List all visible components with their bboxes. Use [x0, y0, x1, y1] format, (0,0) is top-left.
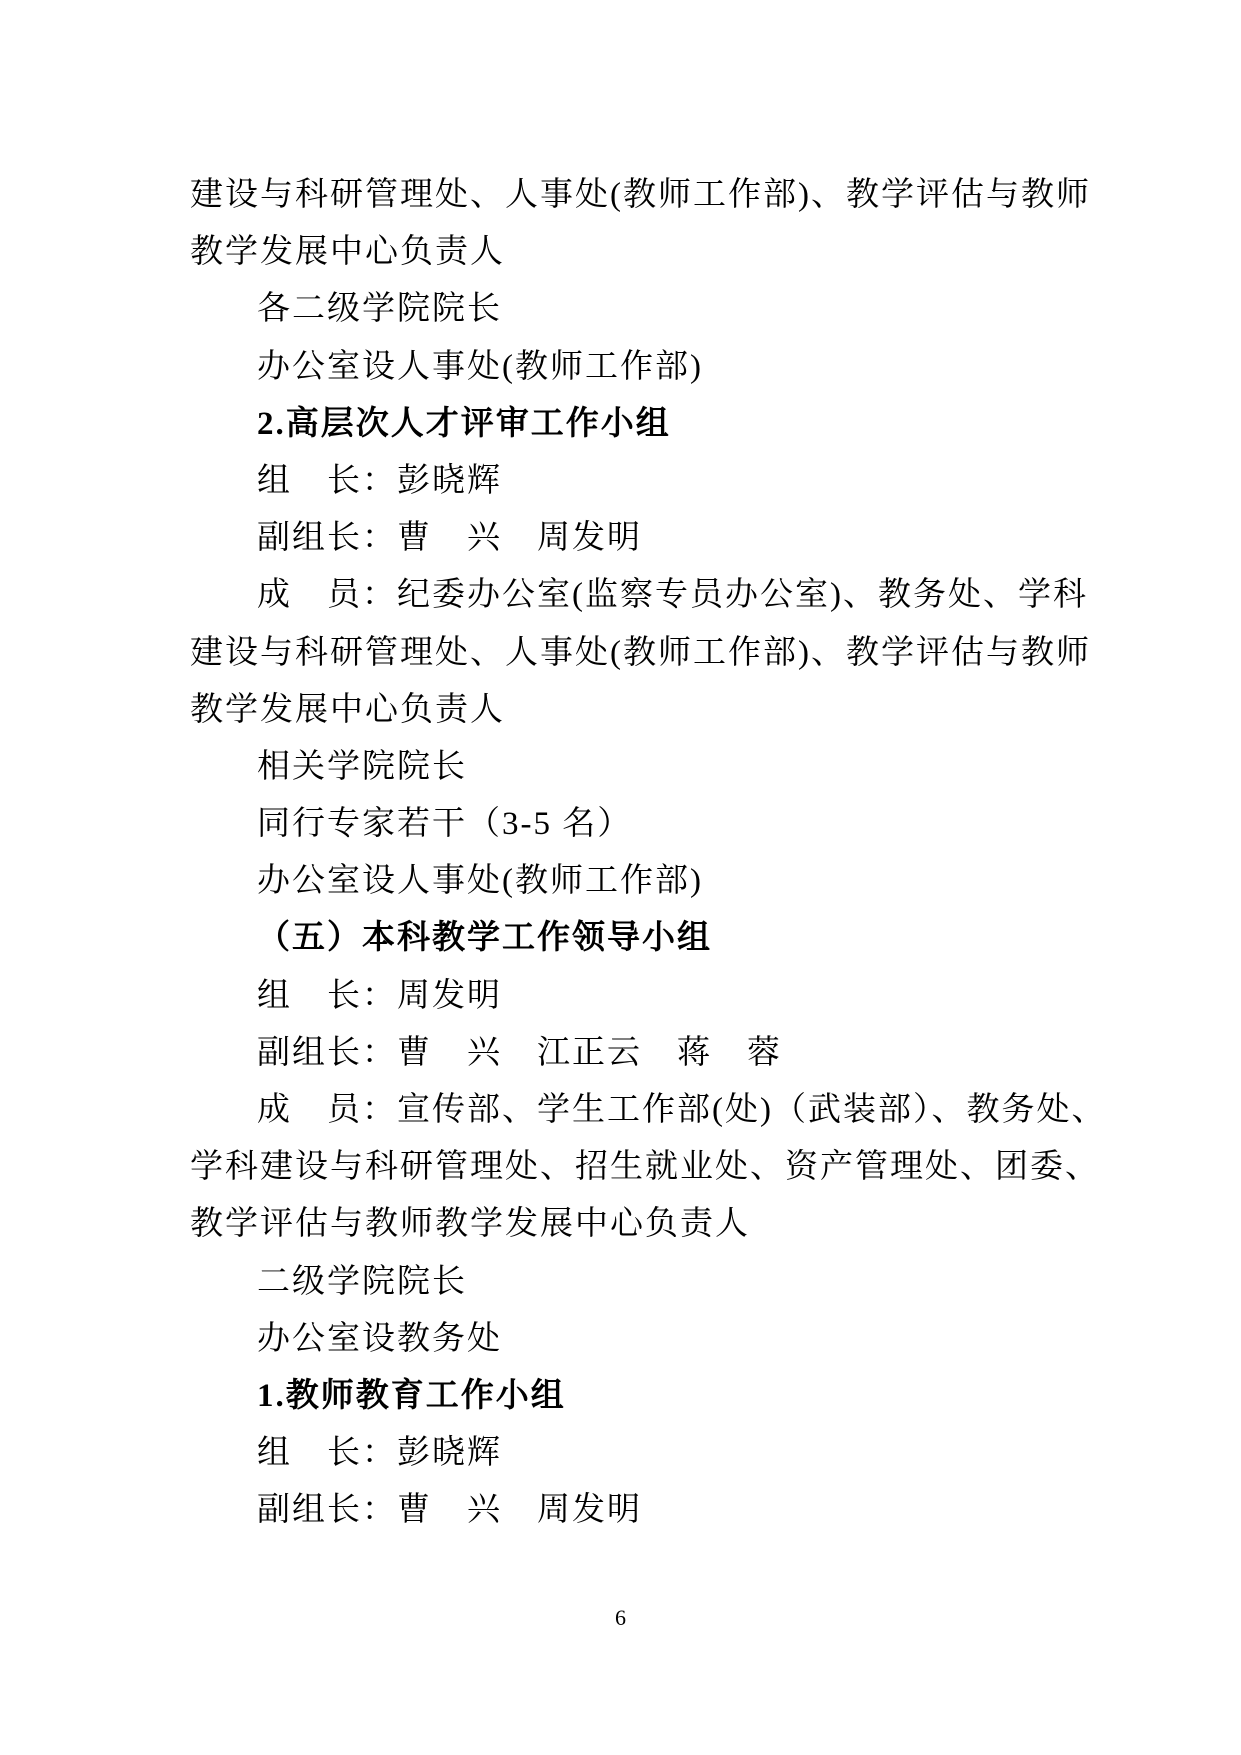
text-line: 成 员：纪委办公室(监察专员办公室)、教务处、学科 — [190, 567, 1055, 624]
text-line: 组 长：彭晓辉 — [190, 453, 1055, 510]
text-line: （五）本科教学工作领导小组 — [190, 910, 1055, 967]
text-line: 建设与科研管理处、人事处(教师工作部)、教学评估与教师 — [190, 625, 1055, 682]
text-line-content: 相关学院院长 — [257, 749, 467, 785]
text-line-content: 教学评估与教师教学发展中心负责人 — [190, 1206, 750, 1242]
text-line: 办公室设人事处(教师工作部) — [190, 853, 1055, 910]
text-line: 1.教师教育工作小组 — [190, 1368, 1055, 1425]
text-line: 教学发展中心负责人 — [190, 224, 1055, 281]
text-line-content: 学科建设与科研管理处、招生就业处、资产管理处、团委、 — [190, 1149, 1100, 1185]
text-line-content: 组 长：周发明 — [257, 978, 502, 1014]
text-line-content: 办公室设人事处(教师工作部) — [257, 349, 703, 385]
document-page: 建设与科研管理处、人事处(教师工作部)、教学评估与教师教学发展中心负责人各二级学… — [0, 0, 1241, 1755]
text-line: 办公室设人事处(教师工作部) — [190, 339, 1055, 396]
text-line-content: 2.高层次人才评审工作小组 — [257, 406, 671, 442]
text-line-content: 办公室设人事处(教师工作部) — [257, 863, 703, 899]
text-line-content: 教学发展中心负责人 — [190, 692, 505, 728]
text-line-content: 二级学院院长 — [257, 1264, 467, 1300]
text-line: 相关学院院长 — [190, 739, 1055, 796]
text-line: 二级学院院长 — [190, 1254, 1055, 1311]
text-line: 办公室设教务处 — [190, 1311, 1055, 1368]
text-line: 教学发展中心负责人 — [190, 682, 1055, 739]
text-line: 组 长：周发明 — [190, 968, 1055, 1025]
text-line-content: 副组长：曹 兴 周发明 — [257, 1492, 642, 1528]
text-line: 建设与科研管理处、人事处(教师工作部)、教学评估与教师 — [190, 167, 1055, 224]
page-number: 6 — [0, 1603, 1241, 1633]
text-line: 副组长：曹 兴 周发明 — [190, 1482, 1055, 1539]
text-line-content: 同行专家若干（3-5 名） — [257, 806, 632, 842]
text-line-content: （五）本科教学工作领导小组 — [257, 920, 712, 956]
text-line: 副组长：曹 兴 江正云 蒋 蓉 — [190, 1025, 1055, 1082]
text-line-content: 办公室设教务处 — [257, 1321, 502, 1357]
text-line-content: 各二级学院院长 — [257, 291, 502, 327]
text-line-content: 成 员：宣传部、学生工作部(处)（武装部）、教务处、 — [257, 1092, 1106, 1128]
text-line: 2.高层次人才评审工作小组 — [190, 396, 1055, 453]
text-line: 学科建设与科研管理处、招生就业处、资产管理处、团委、 — [190, 1139, 1055, 1196]
text-line-content: 建设与科研管理处、人事处(教师工作部)、教学评估与教师 — [190, 635, 1091, 671]
text-line: 副组长：曹 兴 周发明 — [190, 510, 1055, 567]
text-line-content: 教学发展中心负责人 — [190, 234, 505, 270]
text-line-content: 建设与科研管理处、人事处(教师工作部)、教学评估与教师 — [190, 177, 1091, 213]
document-body: 建设与科研管理处、人事处(教师工作部)、教学评估与教师教学发展中心负责人各二级学… — [190, 167, 1055, 1540]
text-line-content: 成 员：纪委办公室(监察专员办公室)、教务处、学科 — [257, 577, 1088, 613]
text-line-content: 组 长：彭晓辉 — [257, 463, 502, 499]
text-line: 组 长：彭晓辉 — [190, 1425, 1055, 1482]
text-line-content: 1.教师教育工作小组 — [257, 1378, 566, 1414]
text-line-content: 副组长：曹 兴 江正云 蒋 蓉 — [257, 1035, 782, 1071]
text-line: 同行专家若干（3-5 名） — [190, 796, 1055, 853]
text-line: 成 员：宣传部、学生工作部(处)（武装部）、教务处、 — [190, 1082, 1055, 1139]
text-line: 各二级学院院长 — [190, 281, 1055, 338]
text-line-content: 副组长：曹 兴 周发明 — [257, 520, 642, 556]
text-line-content: 组 长：彭晓辉 — [257, 1435, 502, 1471]
text-line: 教学评估与教师教学发展中心负责人 — [190, 1196, 1055, 1253]
